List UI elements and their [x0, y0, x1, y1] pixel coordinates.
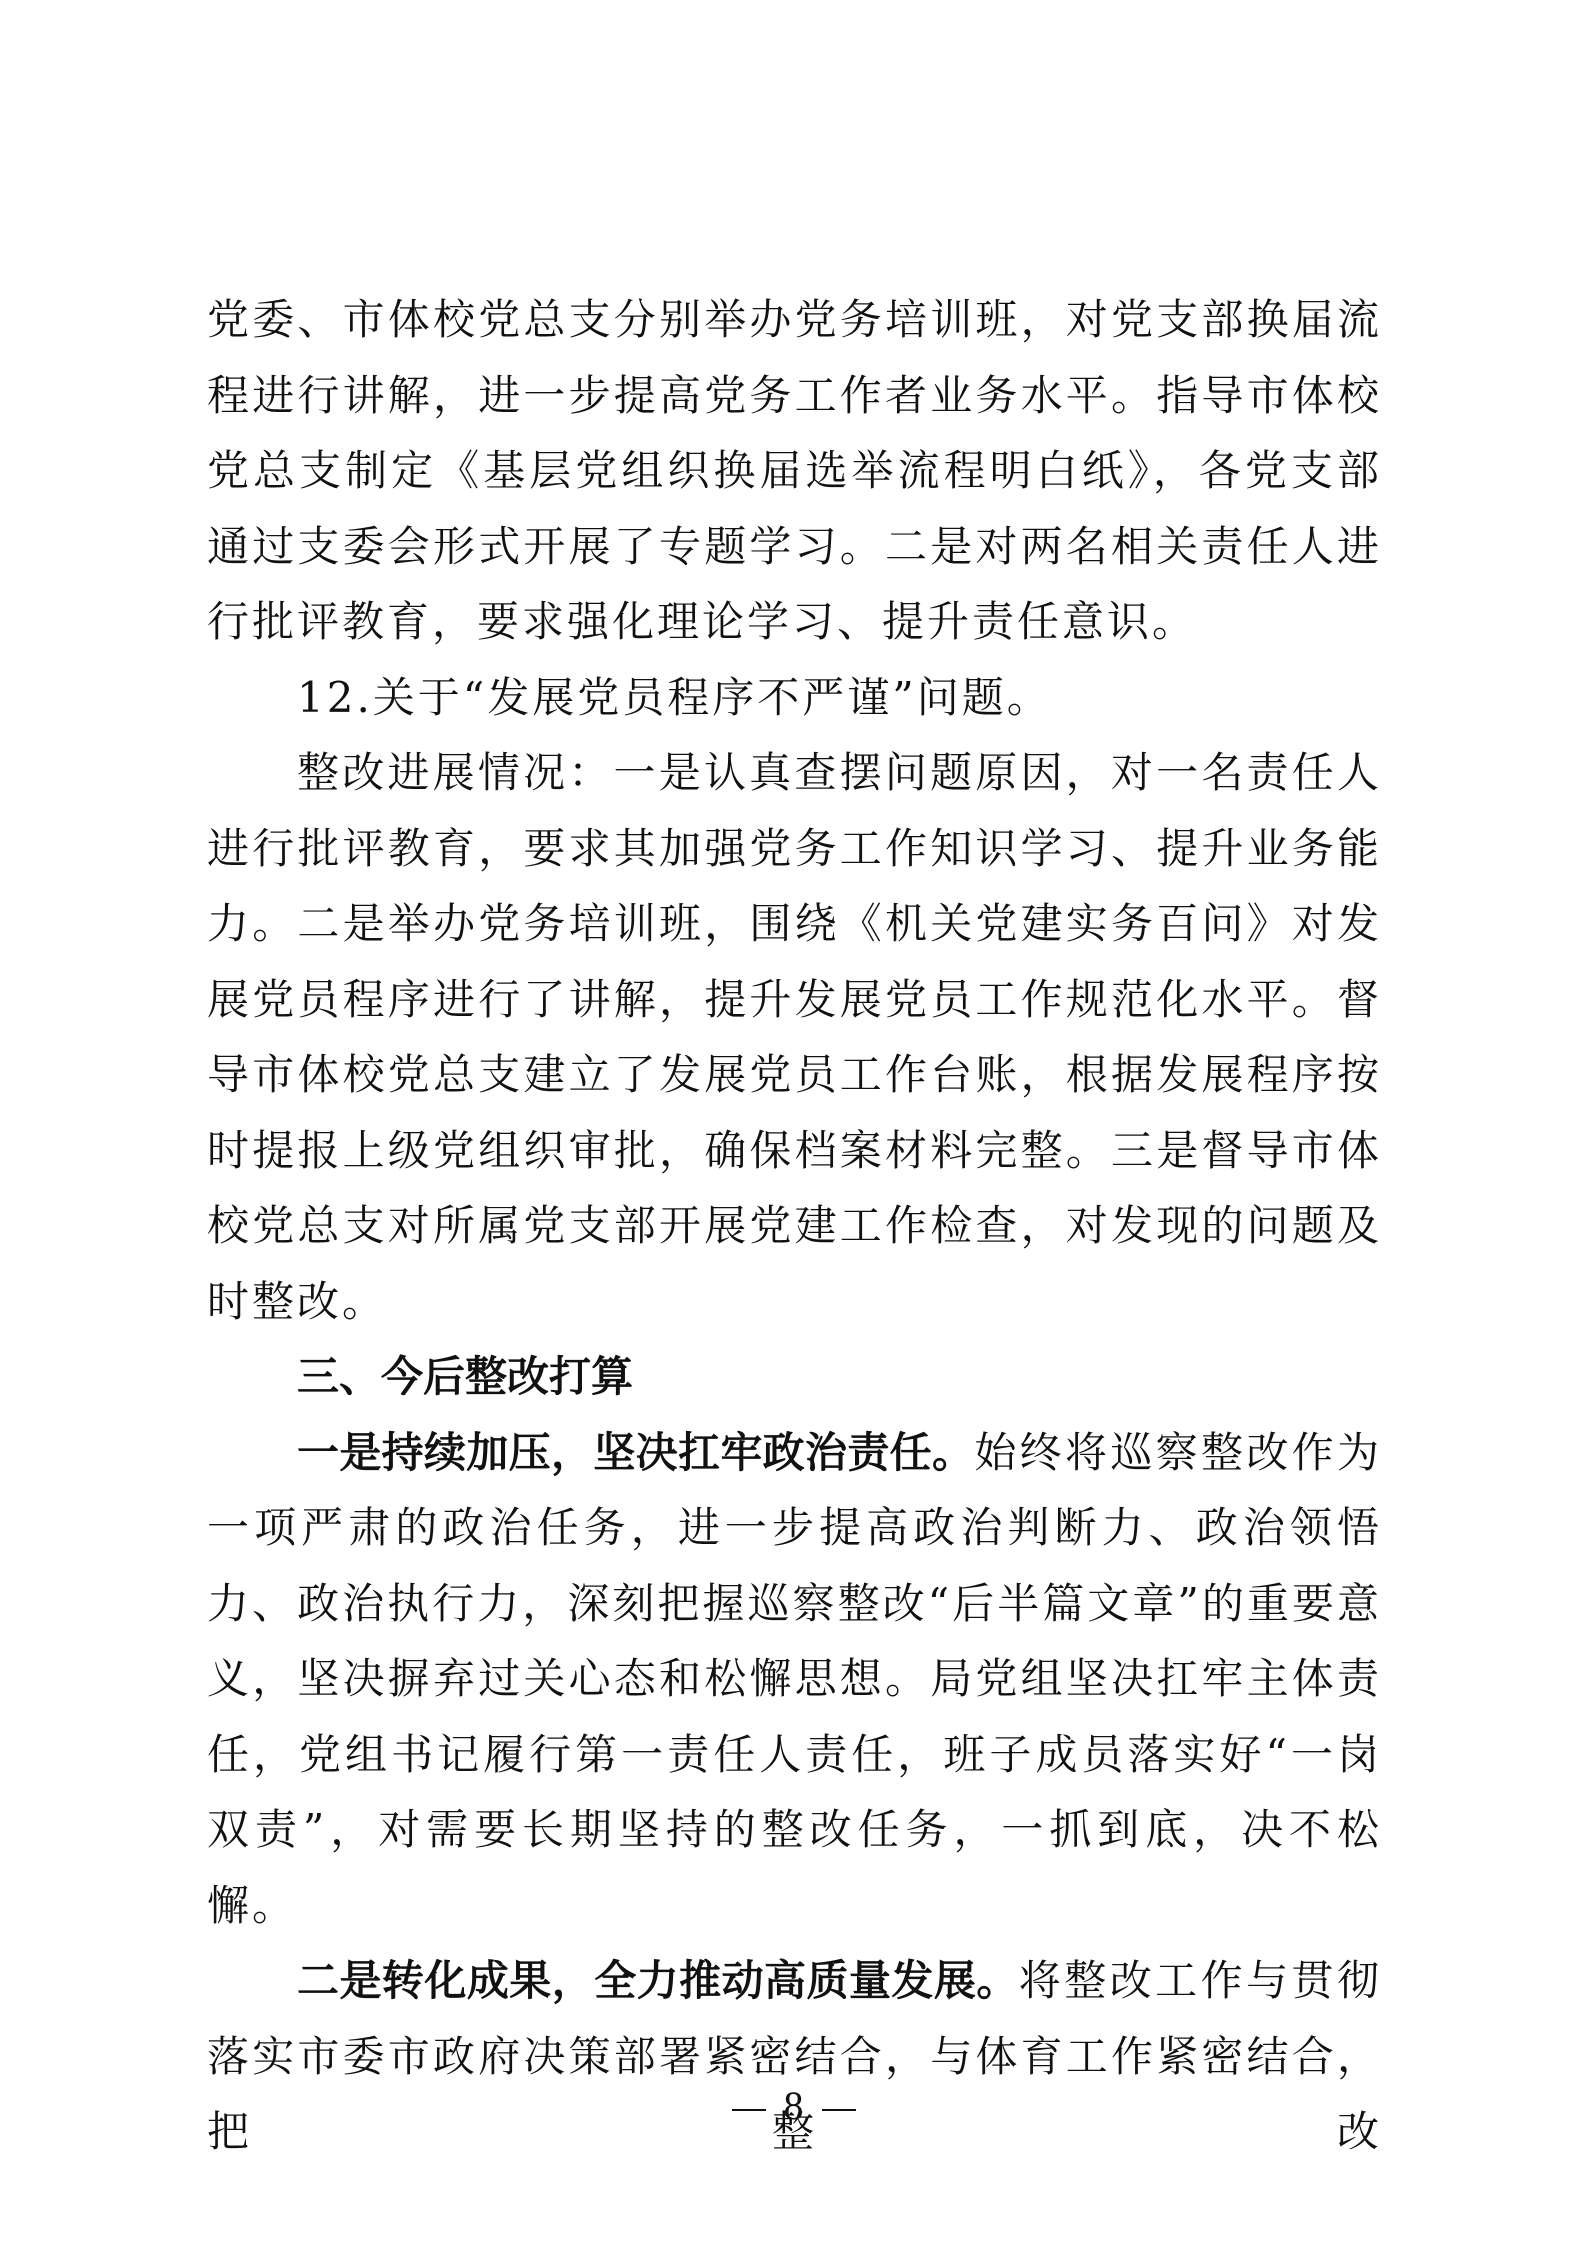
page-footer: 8: [0, 2082, 1587, 2129]
dash-right: [822, 2109, 856, 2111]
item-heading-12: 12.关于“发展党员程序不严谨”问题。: [207, 660, 1382, 736]
lead-sentence: 一是持续加压，坚决扛牢政治责任。: [297, 1428, 974, 1477]
paragraph-rectification-progress: 整改进展情况：一是认真查摆问题原因，对一名责任人进行批评教育，要求其加强党务工作…: [207, 735, 1382, 1339]
lead-sentence: 二是转化成果，全力推动高质量发展。: [297, 1956, 1019, 2005]
document-page: 党委、市体校党总支分别举办党务培训班，对党支部换届流程进行讲解，进一步提高党务工…: [207, 282, 1382, 2170]
dash-left: [732, 2109, 766, 2111]
paragraph-continuation: 党委、市体校党总支分别举办党务培训班，对党支部换届流程进行讲解，进一步提高党务工…: [207, 282, 1382, 660]
page-number: 8: [784, 2083, 804, 2128]
paragraph-plan-one: 一是持续加压，坚决扛牢政治责任。始终将巡察整改作为一项严肃的政治任务，进一步提高…: [207, 1415, 1382, 1944]
paragraph-body: 始终将巡察整改作为一项严肃的政治任务，进一步提高政治判断力、政治领悟力、政治执行…: [207, 1428, 1382, 1930]
paragraph-plan-two: 二是转化成果，全力推动高质量发展。将整改工作与贯彻落实市委市政府决策部署紧密结合…: [207, 1943, 1382, 2170]
section-heading: 三、今后整改打算: [207, 1339, 1382, 1415]
